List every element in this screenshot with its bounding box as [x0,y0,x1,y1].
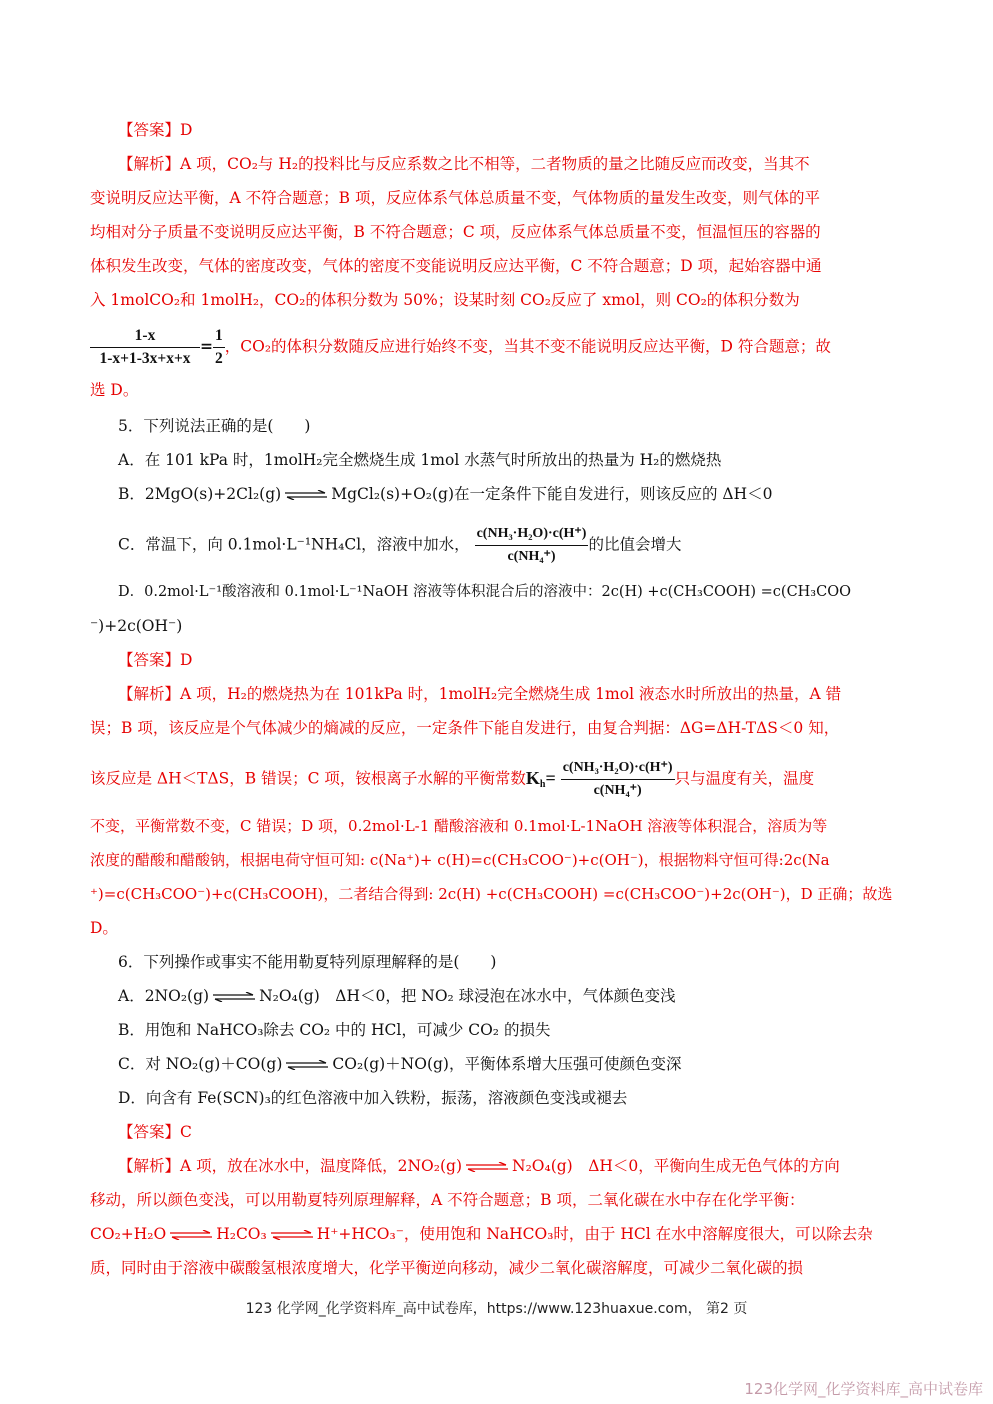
q5-analysis-line-1: 【解析】A 项，H₂的燃烧热为在 101kPa 时，1molH₂完全燃烧生成 1… [118,684,903,704]
option-c-fraction: c(NH₃·H₂O)·c(H⁺) c(NH₄⁺) [475,524,589,567]
equilibrium-arrow-icon [170,1230,212,1240]
q6-analysis-line-3: CO₂+H₂OH₂CO₃H⁺+HCO₃⁻，使用饱和 NaHCO₃时，由于 HCl… [90,1224,903,1244]
q5-option-d-line-1: D．0.2mol·L⁻¹酸溶液和 0.1mol·L⁻¹NaOH 溶液等体积混合后… [118,582,903,602]
fraction-numerator: 1-x [90,326,200,348]
fraction-denominator: c(NH₄⁺) [561,780,675,801]
q6-answer: 【答案】C [118,1122,903,1142]
q6-analysis-line-1: 【解析】A 项，放在冰水中，温度降低，2NO₂(g)N₂O₄(g) ΔH＜0，平… [118,1156,903,1176]
analysis-text: A 项，H₂的燃烧热为在 101kPa 时，1molH₂完全燃烧生成 1mol … [180,685,841,703]
analysis-text: H₂CO₃ [216,1225,267,1243]
equals-sign: = [200,337,213,356]
analysis-text: A 项，CO₂与 H₂的投料比与反应系数之比不相等，二者物质的量之比随反应而改变… [180,155,810,173]
kh-label: K [526,768,540,788]
kh-subscript: h [540,779,546,790]
q4-answer: 【答案】D [118,120,903,140]
q5-analysis-line-7: D。 [90,918,903,938]
q4-analysis-line-2: 变说明反应达平衡，A 不符合题意；B 项，反应体系气体总质量不变，气体物质的量发… [90,188,903,208]
analysis-tag: 【解析】 [118,685,180,703]
q5-analysis-line-5: 浓度的醋酸和醋酸钠，根据电荷守恒可知: c(Na⁺)+ c(H)=c(CH₃CO… [90,850,903,870]
q6-option-b: B．用饱和 NaHCO₃除去 CO₂ 中的 HCl，可减少 CO₂ 的损失 [118,1020,903,1040]
q5-analysis-line-6: ⁺)=c(CH₃COO⁻)+c(CH₃COOH)，二者结合得到: 2c(H) +… [90,884,903,904]
kh-symbol: Kh= [526,768,556,788]
q4-fraction-line: 1-x 1-x+1-3x+x+x = 1 2 ，CO₂的体积分数随反应进行始终不… [90,326,903,369]
answer-value: D [180,121,192,139]
option-b-right: MgCl₂(s)+O₂(g)在一定条件下能自发进行，则该反应的 ΔH＜0 [331,485,772,503]
q5-analysis-line-3: 该反应是 ΔH＜TΔS，B 错误；C 项，铵根离子水解的平衡常数Kh= c(NH… [90,758,903,801]
analysis-text: H⁺+HCO₃⁻，使用饱和 NaHCO₃时，由于 HCl 在水中溶解度很大，可以… [317,1225,873,1243]
answer-value: C [180,1123,192,1141]
option-c-right: 的比值会增大 [588,536,681,554]
option-c-left: C．常温下，向 0.1mol·L⁻¹NH₄Cl，溶液中加水， [118,536,470,554]
half-denominator: 2 [213,348,225,369]
answer-tag: 【答案】 [118,651,180,669]
q4-analysis-line-4: 体积发生改变，气体的密度改变，气体的密度不变能说明反应达平衡，C 不符合题意；D… [90,256,903,276]
analysis-tag: 【解析】 [118,155,180,173]
q4-analysis-line-5: 入 1molCO₂和 1molH₂，CO₂的体积分数为 50%；设某时刻 CO₂… [90,290,903,310]
equilibrium-arrow-icon [286,1060,328,1070]
equilibrium-arrow-icon [271,1230,313,1240]
analysis-text: A 项，放在冰水中，温度降低，2NO₂(g) [180,1157,462,1175]
q6-option-a: A．2NO₂(g)N₂O₄(g) ΔH＜0，把 NO₂ 球浸泡在冰水中，气体颜色… [118,986,903,1006]
option-b-left: B．2MgO(s)+2Cl₂(g) [118,485,281,503]
q4-analysis-line-1: 【解析】A 项，CO₂与 H₂的投料比与反应系数之比不相等，二者物质的量之比随反… [118,154,903,174]
option-c-right: CO₂(g)＋NO(g)，平衡体系增大压强可使颜色变深 [332,1055,681,1073]
equilibrium-arrow-icon [213,992,255,1002]
q5-answer: 【答案】D [118,650,903,670]
q5-stem: 5．下列说法正确的是( ) [118,416,903,436]
volume-fraction-formula: 1-x 1-x+1-3x+x+x [90,326,200,369]
q5-option-d-line-2: ⁻)+2c(OH⁻) [90,616,903,636]
half-numerator: 1 [213,326,225,348]
answer-tag: 【答案】 [118,1123,180,1141]
answer-tag: 【答案】 [118,121,180,139]
fraction-denominator: 1-x+1-3x+x+x [90,348,200,369]
page-footer: 123 化学网_化学资料库_高中试卷库，https://www.123huaxu… [0,1298,993,1318]
watermark: 123化学网_化学资料库_高中试卷库 [744,1378,983,1399]
q6-stem: 6．下列操作或事实不能用勒夏特列原理解释的是( ) [118,952,903,972]
option-a-right: N₂O₄(g) ΔH＜0，把 NO₂ 球浸泡在冰水中，气体颜色变浅 [259,987,676,1005]
option-c-left: C．对 NO₂(g)＋CO(g) [118,1055,282,1073]
q5-analysis-line-4: 不变，平衡常数不变，C 错误；D 项，0.2mol·L-1 醋酸溶液和 0.1m… [90,816,903,836]
answer-value: D [180,651,192,669]
equilibrium-arrow-icon [285,490,327,500]
after-fraction-text: ，CO₂的体积分数随反应进行始终不变，当其不变不能说明反应达平衡，D 符合题意；… [225,338,831,356]
kh-fraction: c(NH₃·H₂O)·c(H⁺) c(NH₄⁺) [561,758,675,801]
q4-analysis-line-3: 均相对分子质量不变说明反应达平衡，B 不符合题意；C 项，反应体系气体总质量不变… [90,222,903,242]
analysis-text: 只与温度有关，温度 [675,770,815,788]
q5-option-a: A．在 101 kPa 时，1molH₂完全燃烧生成 1mol 水蒸气时所放出的… [118,450,903,470]
half-fraction: 1 2 [213,326,225,369]
analysis-tag: 【解析】 [118,1157,180,1175]
q6-analysis-line-2: 移动，所以颜色变浅，可以用勒夏特列原理解释，A 不符合题意；B 项，二氧化碳在水… [90,1190,903,1210]
fraction-numerator: c(NH₃·H₂O)·c(H⁺) [561,758,675,780]
q4-final-line: 选 D。 [90,380,903,400]
equilibrium-arrow-icon [466,1162,508,1172]
analysis-text: CO₂+H₂O [90,1225,166,1243]
analysis-text: 该反应是 ΔH＜TΔS，B 错误；C 项，铵根离子水解的平衡常数 [90,770,526,788]
option-a-left: A．2NO₂(g) [118,987,209,1005]
q6-analysis-line-4: 质，同时由于溶液中碳酸氢根浓度增大，化学平衡逆向移动，减少二氧化碳溶解度，可减少… [90,1258,903,1278]
q5-analysis-line-2: 误；B 项，该反应是个气体减少的熵减的反应，一定条件下能自发进行，由复合判据：Δ… [90,718,903,738]
q6-option-d: D．向含有 Fe(SCN)₃的红色溶液中加入铁粉，振荡，溶液颜色变浅或褪去 [118,1088,903,1108]
analysis-text: N₂O₄(g) ΔH＜0，平衡向生成无色气体的方向 [512,1157,840,1175]
q5-option-b: B．2MgO(s)+2Cl₂(g)MgCl₂(s)+O₂(g)在一定条件下能自发… [118,484,903,504]
q6-option-c: C．对 NO₂(g)＋CO(g)CO₂(g)＋NO(g)，平衡体系增大压强可使颜… [118,1054,903,1074]
q5-option-c: C．常温下，向 0.1mol·L⁻¹NH₄Cl，溶液中加水， c(NH₃·H₂O… [118,524,903,567]
fraction-denominator: c(NH₄⁺) [475,546,589,567]
fraction-numerator: c(NH₃·H₂O)·c(H⁺) [475,524,589,546]
